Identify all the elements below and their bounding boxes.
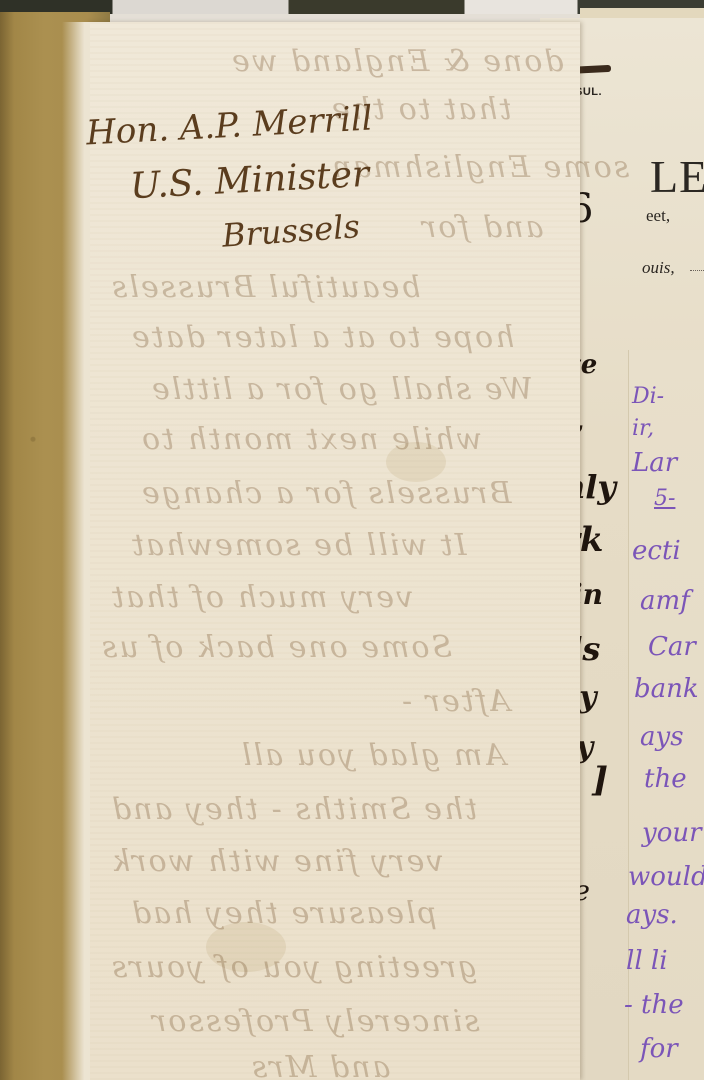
bleed-through-line: We shall go for a little xyxy=(150,372,533,407)
bleed-through-line: and Mrs xyxy=(250,1050,390,1080)
purple-ink-fragment: would xyxy=(628,862,704,892)
purple-ink-fragment: for xyxy=(640,1034,678,1064)
purple-ink-fragment: your xyxy=(642,818,702,848)
letterhead-title-text: LE xyxy=(650,150,704,203)
ink-fragment: ] xyxy=(592,760,608,800)
purple-ink-fragment: - the xyxy=(624,990,684,1020)
purple-ink-fragment: ays. xyxy=(626,900,678,930)
bleed-through-line: It will be somewhat xyxy=(130,528,467,563)
purple-ink-fragment: ays xyxy=(640,722,684,752)
bleed-through-line: some Englishman xyxy=(330,150,629,185)
purple-ink-fragment: the xyxy=(644,764,687,794)
bleed-through-line: while next month to xyxy=(140,422,482,457)
bleed-through-line: done & England we xyxy=(230,44,564,79)
bleed-through-line: very fine with work xyxy=(110,844,443,879)
letterhead-city-text: ouis, xyxy=(642,258,675,278)
letterhead-street-text: eet, xyxy=(646,206,670,226)
purple-ink-fragment: ir, xyxy=(632,416,654,441)
purple-ink-fragment: Di- xyxy=(632,384,664,409)
purple-ink-fragment: ll li xyxy=(626,946,668,976)
photograph: SUL. LE eet, ouis, 6 ze 7 nly rk in ds e… xyxy=(0,0,704,1080)
bleed-through-line: Am glad you all xyxy=(240,738,506,773)
bleed-through-line: After - xyxy=(400,684,510,719)
purple-ink-fragment: Car xyxy=(648,632,696,662)
bleed-through-line: greeting you of yours xyxy=(110,950,477,985)
purple-ink-fragment: Lar xyxy=(632,448,677,478)
bleed-through-line: and for xyxy=(420,210,543,245)
bleed-through-line: pleasure they had xyxy=(130,896,437,931)
bleed-through-line: hope to at a later date xyxy=(130,320,515,355)
purple-ink-fragment: bank xyxy=(634,674,699,704)
purple-ink-fragment: 5- xyxy=(654,486,675,511)
bleed-through-line: very much of that xyxy=(110,580,413,615)
letterhead-date-blank xyxy=(690,270,704,271)
purple-ink-fragment: ecti xyxy=(632,536,681,566)
bleed-through-line: the Smiths - they and xyxy=(110,792,477,827)
bleed-through-line: Brussels for a change xyxy=(140,476,512,511)
bleed-through-line: Some one back of us xyxy=(100,630,452,665)
purple-ink-fragment: amf xyxy=(640,586,690,616)
bleed-through-line: beautiful Brussels xyxy=(110,270,421,305)
bleed-through-line: sincerely Professor xyxy=(150,1004,480,1039)
